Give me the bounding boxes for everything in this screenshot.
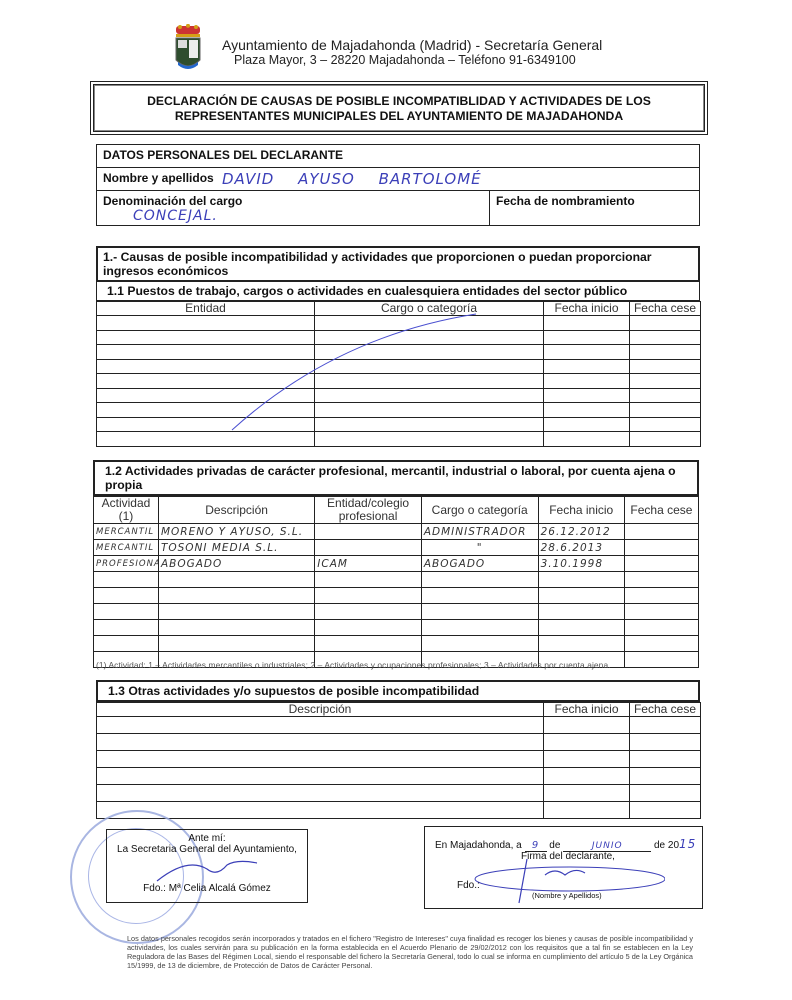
col-fecha-cese: Fecha cese — [624, 497, 698, 524]
table-cell[interactable] — [94, 636, 159, 652]
table-cell[interactable] — [624, 604, 698, 620]
table-row — [94, 636, 699, 652]
secretaria-signature — [147, 855, 267, 883]
table-cell[interactable] — [624, 540, 698, 556]
table-cell[interactable]: " — [421, 540, 538, 556]
table-cell[interactable]: ABOGADO — [158, 556, 314, 572]
table-cell[interactable] — [624, 524, 698, 540]
table-cell[interactable]: MERCANTIL — [94, 524, 159, 540]
col-fecha-inicio: Fecha inicio — [544, 703, 630, 717]
table-cell[interactable] — [630, 316, 701, 331]
table-cell[interactable] — [315, 388, 544, 403]
table-row: PROFESIONALABOGADOICAMABOGADO3.10.1998 — [94, 556, 699, 572]
table-cell[interactable] — [544, 768, 630, 785]
table-cell[interactable] — [544, 359, 630, 374]
table-cell[interactable] — [624, 652, 698, 668]
table-row — [97, 388, 701, 403]
section-1-3: 1.3 Otras actividades y/o supuestos de p… — [96, 680, 700, 819]
table-cell[interactable] — [630, 785, 701, 802]
table-cell[interactable] — [315, 524, 422, 540]
table-cell[interactable] — [544, 785, 630, 802]
municipal-crest-icon — [170, 24, 206, 74]
actividades-privadas-table: Actividad (1) Descripción Entidad/colegi… — [93, 496, 699, 668]
table-row — [97, 734, 701, 751]
table-cell[interactable] — [97, 388, 315, 403]
table-row — [97, 751, 701, 768]
table-cell[interactable] — [624, 572, 698, 588]
col-cargo: Cargo o categoría — [421, 497, 538, 524]
table-cell[interactable] — [544, 316, 630, 331]
table-cell[interactable] — [315, 432, 544, 447]
table-cell[interactable] — [630, 717, 701, 734]
table-cell[interactable] — [630, 768, 701, 785]
table-row — [94, 604, 699, 620]
section-1-2: 1.2 Actividades privadas de carácter pro… — [93, 460, 699, 668]
table-cell[interactable] — [630, 388, 701, 403]
table-row — [94, 620, 699, 636]
table-cell[interactable] — [158, 588, 314, 604]
title-line-2: REPRESENTANTES MUNICIPALES DEL AYUNTAMIE… — [94, 109, 704, 124]
document-title: DECLARACIÓN DE CAUSAS DE POSIBLE INCOMPA… — [93, 84, 705, 132]
ante-mi-box: Ante mí: La Secretaria General del Ayunt… — [106, 829, 308, 903]
table-cell[interactable] — [538, 572, 624, 588]
table-cell[interactable] — [315, 359, 544, 374]
secretaria-label: La Secretaria General del Ayuntamiento, — [107, 844, 307, 855]
ante-mi-label: Ante mí: — [107, 833, 307, 844]
table-cell[interactable] — [315, 620, 422, 636]
table-row — [97, 768, 701, 785]
table-cell[interactable]: ABOGADO — [421, 556, 538, 572]
table-cell[interactable] — [544, 388, 630, 403]
table-cell[interactable] — [315, 636, 422, 652]
table-cell[interactable] — [624, 588, 698, 604]
table-cell[interactable] — [630, 345, 701, 360]
table-row: MERCANTILTOSONI MEDIA S.L."28.6.2013 — [94, 540, 699, 556]
table-cell[interactable] — [544, 345, 630, 360]
table-cell[interactable] — [97, 768, 544, 785]
table-cell[interactable] — [97, 734, 544, 751]
table-cell[interactable] — [97, 403, 315, 418]
table-cell[interactable] — [544, 403, 630, 418]
table-cell[interactable]: ICAM — [315, 556, 422, 572]
table-row — [97, 785, 701, 802]
table-cell[interactable]: ADMINISTRADOR — [421, 524, 538, 540]
header-title: Ayuntamiento de Majadahonda (Madrid) - S… — [222, 37, 602, 53]
table-cell[interactable] — [630, 374, 701, 389]
table-cell[interactable] — [538, 620, 624, 636]
table-row — [97, 432, 701, 447]
table-cell[interactable] — [544, 717, 630, 734]
table-cell[interactable] — [315, 604, 422, 620]
col-fecha-cese: Fecha cese — [630, 703, 701, 717]
table-row: MERCANTILMORENO Y AYUSO, S.L.ADMINISTRAD… — [94, 524, 699, 540]
fdo-label: Fdo.: — [457, 880, 480, 891]
table-row — [97, 345, 701, 360]
table-cell[interactable] — [544, 751, 630, 768]
table-cell[interactable] — [158, 604, 314, 620]
table-cell[interactable] — [630, 403, 701, 418]
col-descripcion: Descripción — [97, 703, 544, 717]
table-row — [94, 572, 699, 588]
table-cell[interactable] — [421, 604, 538, 620]
table-cell[interactable] — [97, 316, 315, 331]
section-1-1-heading: 1.1 Puestos de trabajo, cargos o activid… — [96, 281, 700, 301]
table-cell[interactable] — [315, 417, 544, 432]
col-actividad: Actividad (1) — [94, 497, 159, 524]
table-cell[interactable] — [97, 374, 315, 389]
col-entidad-colegio: Entidad/colegio profesional — [315, 497, 422, 524]
table-cell[interactable] — [315, 316, 544, 331]
col-cargo: Cargo o categoría — [315, 302, 544, 316]
table-row — [97, 359, 701, 374]
actividad-footnote: (1) Actividad: 1 – Actividades mercantil… — [96, 660, 611, 670]
header-address: Plaza Mayor, 3 – 28220 Majadahonda – Tel… — [234, 53, 576, 67]
firma-year[interactable]: 15 — [679, 837, 696, 851]
table-cell[interactable] — [97, 359, 315, 374]
nombre-field[interactable]: Nombre y apellidos DAVID AYUSO BARTOLOMÉ — [96, 167, 700, 191]
table-row — [97, 374, 701, 389]
table-cell[interactable] — [94, 588, 159, 604]
col-fecha-cese: Fecha cese — [630, 302, 701, 316]
table-cell[interactable] — [544, 432, 630, 447]
nombre-label: Nombre y apellidos — [103, 171, 214, 185]
fecha-nombramiento-field[interactable]: Fecha de nombramiento — [489, 190, 700, 226]
table-cell[interactable]: PROFESIONAL — [94, 556, 159, 572]
title-line-1: DECLARACIÓN DE CAUSAS DE POSIBLE INCOMPA… — [94, 94, 704, 109]
section-1-3-heading: 1.3 Otras actividades y/o supuestos de p… — [96, 680, 700, 702]
table-cell[interactable] — [538, 604, 624, 620]
table-cell[interactable]: 28.6.2013 — [538, 540, 624, 556]
table-cell[interactable] — [158, 572, 314, 588]
table-cell[interactable] — [538, 588, 624, 604]
nombre-value: DAVID AYUSO BARTOLOMÉ — [222, 170, 482, 188]
table-row — [97, 717, 701, 734]
table-cell[interactable] — [624, 620, 698, 636]
col-entidad: Entidad — [97, 302, 315, 316]
table-row — [97, 403, 701, 418]
table-cell[interactable] — [544, 802, 630, 819]
table-cell[interactable]: TOSONI MEDIA S.L. — [158, 540, 314, 556]
fecha-nombramiento-label: Fecha de nombramiento — [496, 194, 635, 208]
table-cell[interactable] — [421, 588, 538, 604]
table-cell[interactable] — [94, 572, 159, 588]
table-cell[interactable] — [158, 636, 314, 652]
cargo-value: CONCEJAL. — [133, 208, 218, 224]
nombre-apellidos-hint: (Nombre y Apellidos) — [532, 891, 602, 900]
table-row — [94, 588, 699, 604]
col-fecha-inicio: Fecha inicio — [544, 302, 630, 316]
table-cell[interactable] — [544, 734, 630, 751]
table-cell[interactable] — [97, 330, 315, 345]
table-cell[interactable] — [630, 359, 701, 374]
year-prefix: de 20 — [654, 840, 679, 851]
table-cell[interactable] — [97, 751, 544, 768]
col-descripcion: Descripción — [158, 497, 314, 524]
cargo-field[interactable]: Denominación del cargo CONCEJAL. — [96, 190, 490, 226]
fecha-firma-line: En Majadahonda, a 9 de JUNIO de 2015 — [435, 837, 696, 852]
table-cell[interactable] — [544, 417, 630, 432]
table-cell[interactable] — [630, 751, 701, 768]
table-cell[interactable] — [630, 802, 701, 819]
otras-actividades-table: Descripción Fecha inicio Fecha cese — [96, 702, 701, 819]
table-row — [97, 417, 701, 432]
table-cell[interactable] — [97, 785, 544, 802]
table-cell[interactable] — [624, 556, 698, 572]
table-cell[interactable] — [315, 540, 422, 556]
table-cell[interactable] — [315, 588, 422, 604]
table-cell[interactable] — [315, 345, 544, 360]
data-protection-notice: Los datos personales recogidos serán inc… — [127, 934, 693, 970]
firma-declarante-box: En Majadahonda, a 9 de JUNIO de 2015 Fir… — [424, 826, 703, 909]
table-header-row: Descripción Fecha inicio Fecha cese — [97, 703, 701, 717]
col-fecha-inicio: Fecha inicio — [538, 497, 624, 524]
cargo-label: Denominación del cargo — [103, 194, 242, 208]
table-row — [97, 330, 701, 345]
table-header-row: Actividad (1) Descripción Entidad/colegi… — [94, 497, 699, 524]
table-cell[interactable] — [421, 620, 538, 636]
table-row — [97, 802, 701, 819]
table-cell[interactable] — [421, 636, 538, 652]
table-cell[interactable] — [315, 572, 422, 588]
table-cell[interactable] — [630, 734, 701, 751]
cargo-row: Denominación del cargo CONCEJAL. Fecha d… — [96, 190, 700, 226]
datos-heading: DATOS PERSONALES DEL DECLARANTE — [103, 148, 343, 162]
table-cell[interactable] — [315, 330, 544, 345]
table-header-row: Entidad Cargo o categoría Fecha inicio F… — [97, 302, 701, 316]
datos-heading-box: DATOS PERSONALES DEL DECLARANTE — [96, 144, 700, 168]
table-cell[interactable] — [97, 345, 315, 360]
de-label: de — [549, 840, 560, 851]
table-row — [97, 316, 701, 331]
table-cell[interactable] — [630, 330, 701, 345]
section-1-2-heading: 1.2 Actividades privadas de carácter pro… — [93, 460, 699, 496]
section-1: 1.- Causas de posible incompatibilidad y… — [96, 246, 700, 447]
sector-publico-table: Entidad Cargo o categoría Fecha inicio F… — [96, 301, 701, 447]
table-cell[interactable] — [630, 432, 701, 447]
table-cell[interactable] — [97, 417, 315, 432]
table-cell[interactable] — [630, 417, 701, 432]
table-cell[interactable] — [538, 636, 624, 652]
table-cell[interactable] — [94, 604, 159, 620]
table-cell[interactable] — [421, 572, 538, 588]
table-cell[interactable]: 26.12.2012 — [538, 524, 624, 540]
table-cell[interactable] — [544, 330, 630, 345]
table-cell[interactable] — [97, 432, 315, 447]
table-cell[interactable]: 3.10.1998 — [538, 556, 624, 572]
table-cell[interactable] — [315, 374, 544, 389]
table-cell[interactable] — [97, 717, 544, 734]
table-cell[interactable] — [544, 374, 630, 389]
secretaria-name: Fdo.: Mª Celia Alcalá Gómez — [107, 883, 307, 894]
table-cell[interactable]: MORENO Y AYUSO, S.L. — [158, 524, 314, 540]
table-cell[interactable] — [624, 636, 698, 652]
place-prefix: En Majadahonda, a — [435, 840, 522, 851]
section-1-heading: 1.- Causas de posible incompatibilidad y… — [96, 246, 700, 282]
table-cell[interactable]: MERCANTIL — [94, 540, 159, 556]
table-cell[interactable] — [94, 620, 159, 636]
table-cell[interactable] — [315, 403, 544, 418]
table-cell[interactable] — [158, 620, 314, 636]
datos-personales-section: DATOS PERSONALES DEL DECLARANTE Nombre y… — [96, 144, 700, 226]
